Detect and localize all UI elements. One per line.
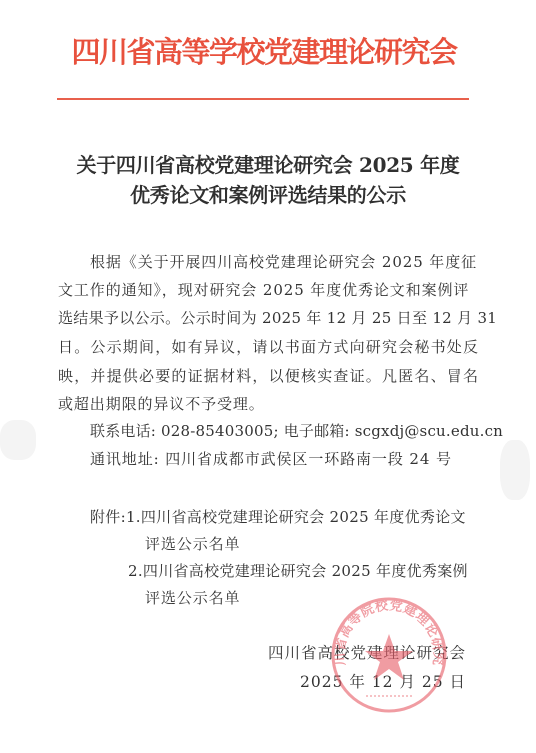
email-value: scgxdj@scu.edu.cn [355,422,503,440]
attachment-item-2: 2.四川省高校党建理论研究会 2025 年度优秀案例 [128,560,468,581]
document-page: 四川省高等学校党建理论研究会 关于四川省高校党建理论研究会 2025 年度 优秀… [0,0,536,753]
attachment-item-2-cont: 评选公示名单 [145,587,240,608]
attachment-item-1: 附件:1.四川省高校党建理论研究会 2025 年度优秀论文 [90,506,466,527]
letterhead-divider [57,98,469,100]
contact-phone-email: 联系电话: 028-85403005; 电子邮箱: scgxdj@scu.edu… [90,420,503,441]
signature-date: 2025 年 12 月 25 日 [300,670,466,692]
letterhead-org-name: 四川省高等学校党建理论研究会 [62,30,466,71]
body-line: 选结果予以公示。公示时间为 2025 年 12 月 25 日至 12 月 31 [58,307,497,328]
email-label: 电子邮箱: [284,422,350,440]
notice-title-line-2: 优秀论文和案例评选结果的公示 [40,179,496,208]
scan-smudge [500,440,530,500]
body-line: 或超出期限的异议不予受理。 [58,393,265,414]
signature-org: 四川省高校党建理论研究会 [268,641,466,663]
attachment-title: 1.四川省高校党建理论研究会 2025 年度优秀论文 [126,508,466,526]
body-line: 根据《关于开展四川高校党建理论研究会 2025 年度征 [90,251,477,272]
phone-label: 联系电话: [90,422,156,440]
address-label: 通讯地址: [90,450,160,468]
notice-title-line-1: 关于四川省高校党建理论研究会 2025 年度 [40,149,496,178]
contact-address: 通讯地址: 四川省成都市武侯区一环路南一段 24 号 [90,448,452,469]
attachment-item-1-cont: 评选公示名单 [145,533,240,554]
scan-smudge [0,420,36,460]
body-line: 日。公示期间，如有异议，请以书面方式向研究会秘书处反 [58,336,479,357]
body-line: 映，并提供必要的证据材料，以便核实查证。凡匿名、冒名 [58,365,479,386]
phone-value: 028-85403005; [161,422,279,440]
body-line: 文工作的通知》，现对研究会 2025 年度优秀论文和案例评 [58,279,469,300]
attachments-label: 附件: [90,508,126,526]
address-value: 四川省成都市武侯区一环路南一段 24 号 [165,450,452,468]
